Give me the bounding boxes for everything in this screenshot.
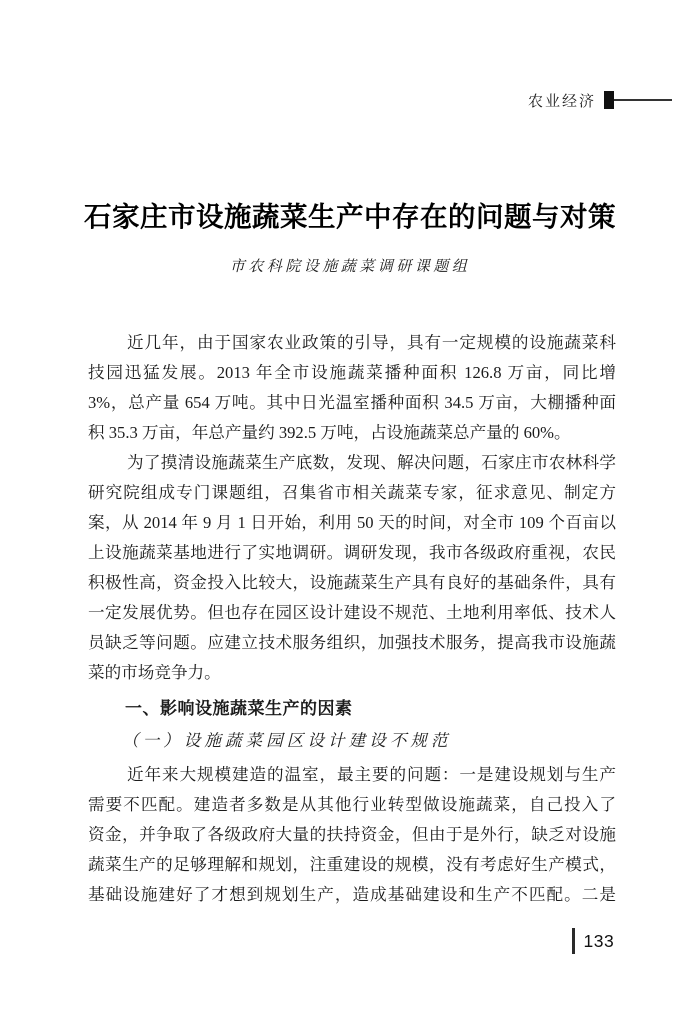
footer-bar xyxy=(572,928,575,954)
body-line: 菜的市场竞争力。 xyxy=(88,658,616,688)
page-footer: 133 xyxy=(572,928,614,954)
document-page: 农业经济 石家庄市设施蔬菜生产中存在的问题与对策 市农科院设施蔬菜调研课题组 近… xyxy=(0,0,700,1013)
body-line: 3%，总产量 654 万吨。其中日光温室播种面积 34.5 万亩，大棚播种面 xyxy=(88,388,616,418)
body-line: 为了摸清设施蔬菜生产底数，发现、解决问题，石家庄市农林科学 xyxy=(88,448,616,478)
body-line: 一定发展优势。但也存在园区设计建设不规范、土地利用率低、技术人 xyxy=(88,598,616,628)
category-label: 农业经济 xyxy=(528,90,596,111)
body-line: 资金，并争取了各级政府大量的扶持资金，但由于是外行，缺乏对设施 xyxy=(88,820,616,850)
article-title: 石家庄市设施蔬菜生产中存在的问题与对策 xyxy=(0,196,700,238)
article-body: 近几年，由于国家农业政策的引导，具有一定规模的设施蔬菜科 技园迅猛发展。2013… xyxy=(88,328,616,910)
header-rule-line xyxy=(614,99,672,101)
body-line: 技园迅猛发展。2013 年全市设施蔬菜播种面积 126.8 万亩，同比增 xyxy=(88,358,616,388)
body-line: 近年来大规模建造的温室，最主要的问题：一是建设规划与生产 xyxy=(88,760,616,790)
body-line: 研究院组成专门课题组，召集省市相关蔬菜专家，征求意见、制定方 xyxy=(88,478,616,508)
byline-author: 市农科院设施蔬菜调研课题组 xyxy=(0,256,700,278)
body-line: 需要不匹配。建造者多数是从其他行业转型做设施蔬菜，自己投入了 xyxy=(88,790,616,820)
body-line: 蔬菜生产的足够理解和规划，注重建设的规模，没有考虑好生产模式， xyxy=(88,850,616,880)
body-line: 上设施蔬菜基地进行了实地调研。调研发现，我市各级政府重视，农民 xyxy=(88,538,616,568)
header-block-marker xyxy=(604,91,614,109)
body-line: 积极性高，资金投入比较大，设施蔬菜生产具有良好的基础条件，具有 xyxy=(88,568,616,598)
body-line: 积 35.3 万亩，年总产量约 392.5 万吨，占设施蔬菜总产量的 60%。 xyxy=(88,418,616,448)
running-header: 农业经济 xyxy=(528,90,672,110)
body-line: 基础设施建好了才想到规划生产，造成基础建设和生产不匹配。二是 xyxy=(88,880,616,910)
body-line: 近几年，由于国家农业政策的引导，具有一定规模的设施蔬菜科 xyxy=(88,328,616,358)
page-number: 133 xyxy=(584,931,615,952)
body-line: 案，从 2014 年 9 月 1 日开始，利用 50 天的时间，对全市 109 … xyxy=(88,508,616,538)
subsection-heading: （一）设施蔬菜园区设计建设不规范 xyxy=(88,726,616,756)
section-heading: 一、影响设施蔬菜生产的因素 xyxy=(88,694,616,724)
body-line: 员缺乏等问题。应建立技术服务组织，加强技术服务，提高我市设施蔬 xyxy=(88,628,616,658)
